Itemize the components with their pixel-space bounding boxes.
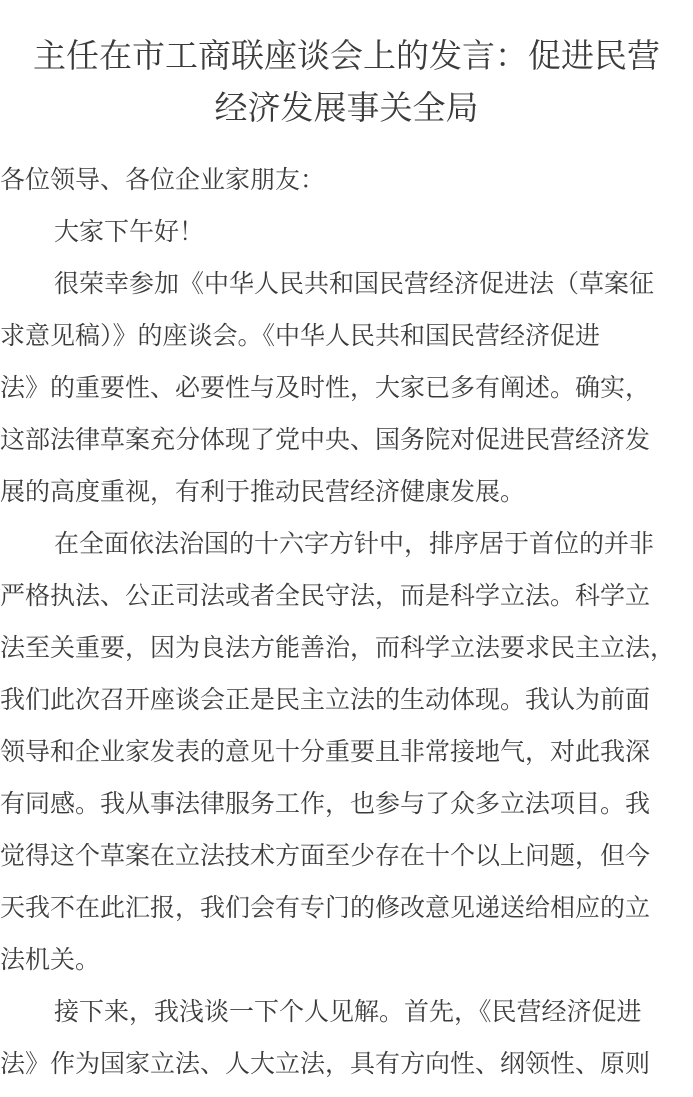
text-line: 在全面依法治国的十六字方针中，排序居于首位的并非 [0,518,693,570]
text-line: 接下来，我浅谈一下个人见解。首先，《民营经济促进 [0,986,693,1038]
text-line: 很荣幸参加《中华人民共和国民营经济促进法（草案征 [0,258,693,310]
body-paragraph: 很荣幸参加《中华人民共和国民营经济促进法（草案征 求意见稿）》的座谈会。《中华人… [0,258,693,518]
text-line: 展的高度重视，有利于推动民营经济健康发展。 [0,466,693,518]
body-paragraph: 接下来，我浅谈一下个人见解。首先，《民营经济促进 法》作为国家立法、人大立法，具… [0,986,693,1090]
text-line: 天我不在此汇报，我们会有专门的修改意见递送给相应的立 [0,882,693,934]
text-line: 法至关重要，因为良法方能善治，而科学立法要求民主立法， [0,622,693,674]
title-line: 主任在市工商联座谈会上的发言：促进民营 [0,30,693,82]
text-line: 法机关。 [0,934,693,986]
text-line: 大家下午好！ [0,206,693,258]
text-line: 各位领导、各位企业家朋友： [0,154,693,206]
text-line: 严格执法、公正司法或者全民守法，而是科学立法。科学立 [0,570,693,622]
title-line: 经济发展事关全局 [0,82,693,134]
salutation-paragraph: 各位领导、各位企业家朋友： [0,154,693,206]
article-body: 各位领导、各位企业家朋友： 大家下午好！ 很荣幸参加《中华人民共和国民营经济促进… [0,134,693,1090]
body-paragraph: 在全面依法治国的十六字方针中，排序居于首位的并非 严格执法、公正司法或者全民守法… [0,518,693,986]
text-line: 有同感。我从事法律服务工作，也参与了众多立法项目。我 [0,778,693,830]
text-line: 我们此次召开座谈会正是民主立法的生动体现。我认为前面 [0,674,693,726]
text-line: 觉得这个草案在立法技术方面至少存在十个以上问题，但今 [0,830,693,882]
text-line: 法》作为国家立法、人大立法，具有方向性、纲领性、原则 [0,1038,693,1090]
text-line: 领导和企业家发表的意见十分重要且非常接地气，对此我深 [0,726,693,778]
text-line: 法》的重要性、必要性与及时性，大家已多有阐述。确实， [0,362,693,414]
article-title: 主任在市工商联座谈会上的发言：促进民营 经济发展事关全局 [0,0,693,134]
text-line: 这部法律草案充分体现了党中央、国务院对促进民营经济发 [0,414,693,466]
text-line: 求意见稿）》的座谈会。《中华人民共和国民营经济促进 [0,310,693,362]
greeting-paragraph: 大家下午好！ [0,206,693,258]
